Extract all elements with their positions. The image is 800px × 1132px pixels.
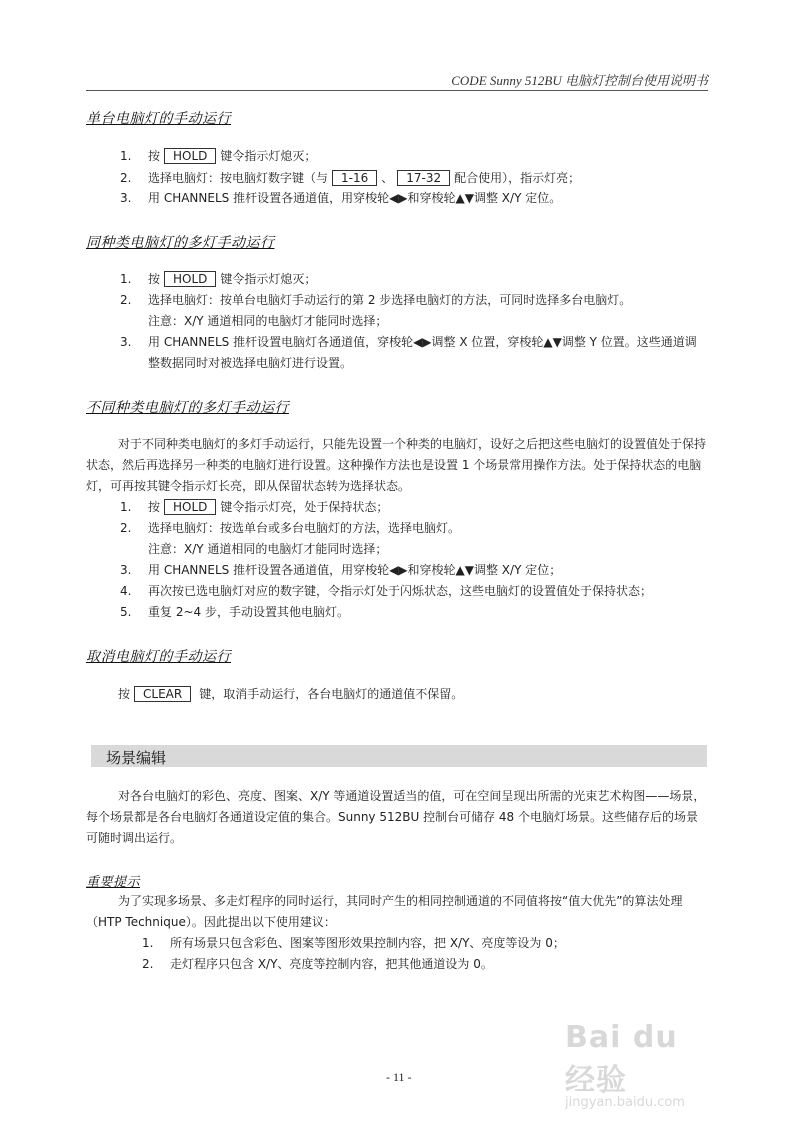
hold-key: HOLD [164, 499, 216, 515]
page-header: CODE Sunny 512BU 电脑灯控制台使用说明书 [86, 68, 708, 91]
hold-key: HOLD [164, 148, 216, 164]
section-title-same-type-multi: 同种类电脑灯的多灯手动运行 [86, 232, 275, 252]
clear-key: CLEAR [134, 686, 191, 702]
paragraph: 对各台电脑灯的彩色、亮度、图案、X/Y 等通道设置适当的值，可在空间呈现出所需的… [86, 786, 708, 849]
watermark: Bai du 经验 jingyan.baidu.com [565, 1020, 715, 1110]
list-item: 3.用 CHANNELS 推杆设置电脑灯各通道值，穿梭轮◀▶调整 X 位置，穿梭… [120, 334, 697, 350]
list-item: 3.用 CHANNELS 推杆设置各通道值，用穿梭轮◀▶和穿梭轮▲▼调整 X/Y… [120, 562, 561, 578]
page-number: - 11 - [386, 1070, 412, 1085]
section-title-different-type-multi: 不同种类电脑灯的多灯手动运行 [86, 397, 289, 417]
section-title-cancel-manual: 取消电脑灯的手动运行 [86, 646, 231, 666]
list-item: 5.重复 2~4 步，手动设置其他电脑灯。 [120, 604, 349, 620]
tip-paragraph: 为了实现多场景、多走灯程序的同时运行，其同时产生的相同控制通道的不同值将按“值大… [86, 891, 708, 933]
section-bar-scene-edit: 场景编辑 [91, 745, 707, 767]
baidu-logo-icon: Bai du 经验 [565, 1020, 715, 1099]
list-item: 3.用 CHANNELS 推杆设置各通道值，用穿梭轮◀▶和穿梭轮▲▼调整 X/Y… [120, 190, 561, 206]
key-17-32: 17-32 [397, 170, 450, 186]
note: 注意：X/Y 通道相同的电脑灯才能同时选择； [148, 541, 387, 557]
list-item: 1.按HOLD键令指示灯熄灭； [120, 148, 316, 164]
paragraph: 对于不同种类电脑灯的多灯手动运行，只能先设置一个种类的电脑灯，设好之后把这些电脑… [86, 434, 708, 497]
list-item: 2.选择电脑灯：按电脑灯数字键（与1-16、17-32配合使用），指示灯亮； [120, 170, 580, 186]
list-item: 2.选择电脑灯：按选单台或多台电脑灯的方法，选择电脑灯。 [120, 520, 460, 536]
list-item: 2.走灯程序只包含 X/Y、亮度等控制内容，把其他通道设为 0。 [142, 956, 493, 972]
header-title: CODE Sunny 512BU 电脑灯控制台使用说明书 [451, 70, 708, 89]
tip-title: 重要提示 [86, 871, 140, 890]
section-bar-title: 场景编辑 [106, 747, 166, 768]
list-item-continuation: 整数据同时对被选择电脑灯进行设置。 [148, 355, 352, 371]
list-item: 2.选择电脑灯：按单台电脑灯手动运行的第 2 步选择电脑灯的方法，可同时选择多台… [120, 292, 631, 308]
list-item: 4.再次按已选电脑灯对应的数字键，令指示灯处于闪烁状态，这些电脑灯的设置值处于保… [120, 583, 652, 599]
list-item: 1.所有场景只包含彩色、图案等图形效果控制内容，把 X/Y、亮度等设为 0； [142, 935, 565, 951]
section-title-single-manual: 单台电脑灯的手动运行 [86, 108, 231, 128]
hold-key: HOLD [164, 271, 216, 287]
list-item: 1.按HOLD键令指示灯熄灭； [120, 271, 316, 287]
key-1-16: 1-16 [332, 170, 377, 186]
watermark-url: jingyan.baidu.com [565, 1095, 715, 1110]
list-item: 1.按HOLD键令指示灯亮，处于保持状态； [120, 499, 388, 515]
note: 注意：X/Y 通道相同的电脑灯才能同时选择； [148, 313, 387, 329]
cancel-line: 按CLEAR键，取消手动运行，各台电脑灯的通道值不保留。 [118, 686, 463, 702]
